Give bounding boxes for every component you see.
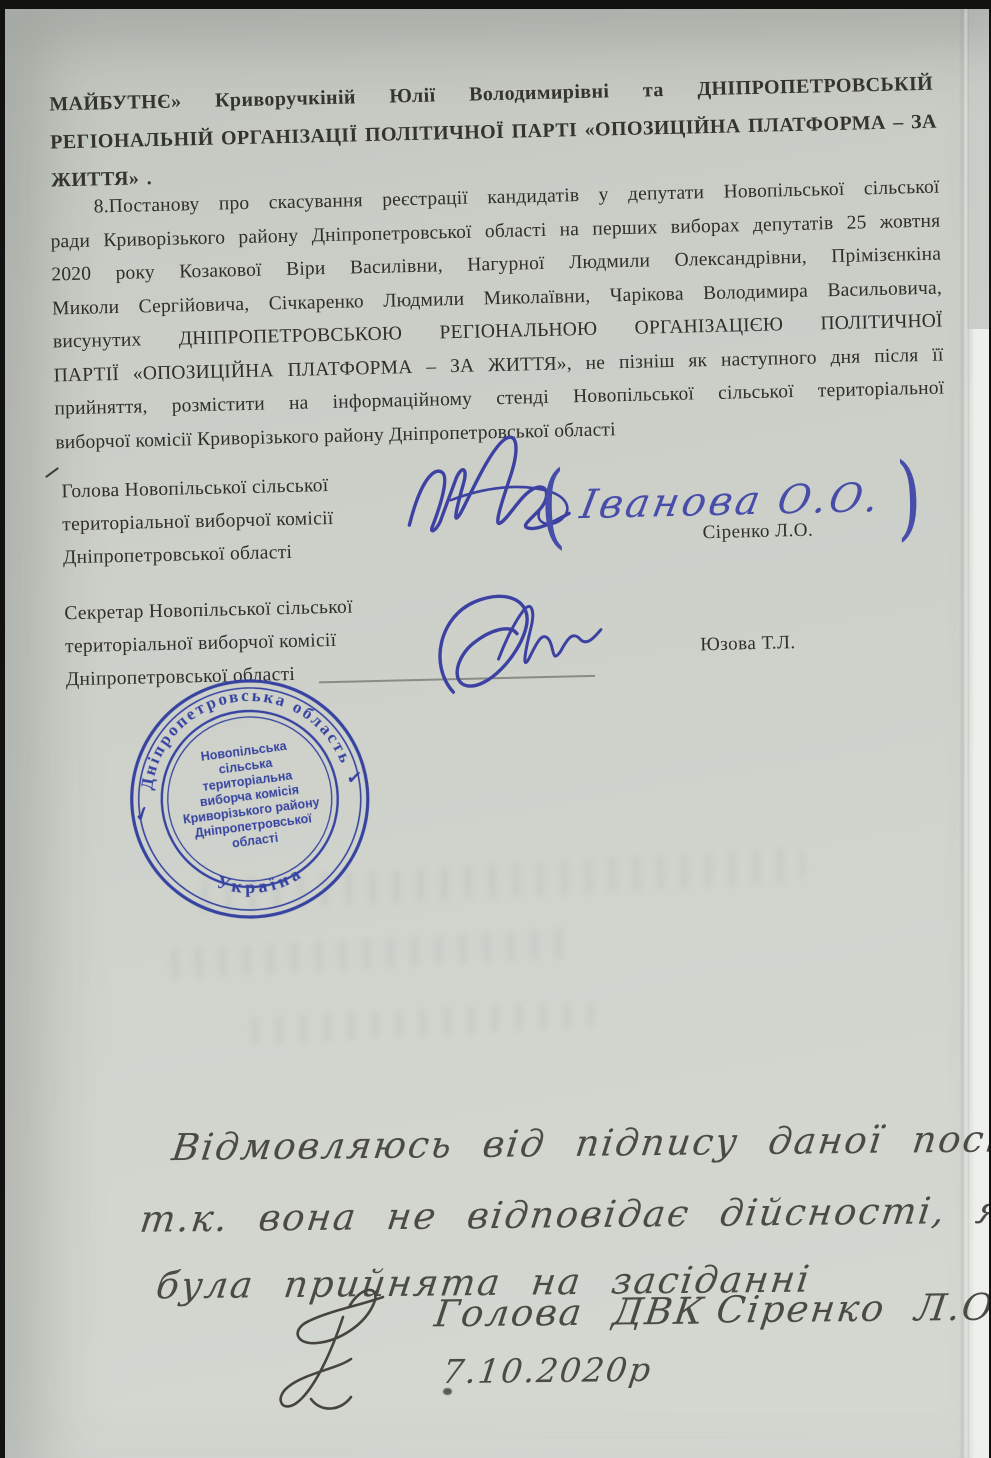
pen-tick-mark	[45, 467, 59, 478]
head-printed-name: Сіренко Л.О.	[702, 520, 813, 545]
stamp-right-mark: ✓	[345, 767, 363, 790]
head-title: Голова Новопільської сільської територіа…	[61, 469, 335, 574]
close-paren: )	[896, 497, 921, 498]
note-line-2: т.к. вона не відповідає дійсності, яка	[138, 1188, 989, 1241]
page-content: МАЙБУТНЄ» Криворучкіній Юлії Володимирів…	[5, 9, 989, 1458]
secretary-printed-name: Юзова Т.Л.	[700, 632, 796, 656]
ink-dot	[443, 1388, 452, 1395]
note-line-1: Відмовляюсь від підпису даної постанови	[170, 1116, 989, 1169]
note-signature	[253, 1277, 453, 1427]
head-handwritten-name: ( Іванова О.О. )	[534, 437, 929, 566]
secretary-signature	[417, 585, 610, 701]
stamp-outer-text-bottom: Україна	[212, 861, 308, 903]
handwritten-name-text: Іванова О.О.	[576, 475, 885, 528]
open-paren: (	[540, 505, 565, 506]
note-date: 7.10.2020р	[440, 1350, 654, 1391]
note-signature-name: Сіренко Л.О.	[714, 1285, 989, 1331]
paragraph-item-8: 8.Постанову про скасування реєстрації ка…	[49, 171, 945, 460]
svg-text:Україна: Україна	[212, 861, 308, 903]
head-title-line: територіальної виборчої комісії	[62, 502, 334, 541]
secretary-title-line: територіальної виборчої комісії	[65, 623, 354, 663]
official-round-stamp: Дніпропетровська область Україна ✓ ✓ Нов…	[111, 660, 389, 938]
head-title-line: Дніпропетровської області	[63, 535, 335, 574]
note-signature-caption: Голова ДВК	[432, 1290, 708, 1336]
document-page: МАЙБУТНЄ» Криворучкіній Юлії Володимирів…	[5, 9, 989, 1458]
scanned-document-photo: МАЙБУТНЄ» Криворучкіній Юлії Володимирів…	[0, 0, 991, 1458]
